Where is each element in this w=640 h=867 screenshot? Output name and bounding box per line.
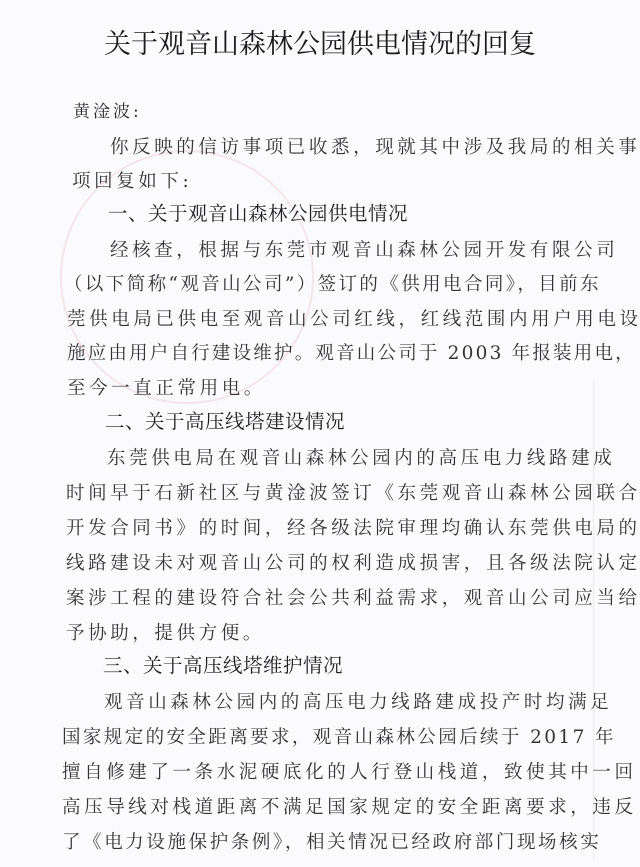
document-page: 关于观音山森林公园供电情况的回复 黄淦波: 你反映的信访事项已收悉，现就其中涉及… (0, 0, 640, 867)
paragraph-line: 施应由用户自行建设维护。观音山公司于 2003 年报装用电， (67, 339, 636, 365)
paragraph-line: 案涉工程的建设符合社会公共利益需求，观音山公司应当给 (66, 584, 640, 610)
paragraph-line: 了《电力设施保护条例》，相关情况已经政府部门现场核实 (62, 828, 601, 854)
paragraph-line: 开发合同书》的时间，经各级法院审理均确认东莞供电局的 (66, 514, 640, 540)
paragraph-line: 东莞供电局在观音山森林公园内的高压电力线路建成 (107, 444, 615, 470)
paragraph-line: 国家规定的安全距离要求，观音山森林公园后续于 2017 年 (62, 723, 616, 749)
intro-line: 项回复如下: (72, 167, 192, 193)
section-heading-1: 一、关于观音山森林公园供电情况 (108, 198, 408, 226)
paragraph-line: 予协助，提供方便。 (66, 619, 265, 645)
document-title: 关于观音山森林公园供电情况的回复 (0, 22, 640, 61)
section-heading-3: 三、关于高压线塔维护情况 (103, 650, 343, 678)
paragraph-line: 经核查，根据与东莞市观音山森林公园开发有限公司 (110, 236, 618, 262)
paragraph-line: 至今一直正常用电。 (67, 374, 266, 400)
salutation: 黄淦波: (73, 97, 142, 122)
paragraph-line: 线路建设未对观音山公司的权利造成损害，且各级法院认定 (66, 549, 640, 575)
paragraph-line: 莞供电局已供电至观音山公司红线，红线范围内用户用电设 (67, 305, 640, 331)
paragraph-line: （以下简称“观音山公司”）签订的《供用电合同》，目前东 (64, 270, 601, 296)
intro-line: 你反映的信访事项已收悉，现就其中涉及我局的相关事 (110, 133, 640, 159)
paragraph-line: 时间早于石新社区与黄淦波签订《东莞观音山森林公园联合 (66, 479, 640, 505)
paragraph-line: 高压导线对栈道距离不满足国家规定的安全距离要求，违反 (62, 793, 637, 819)
paragraph-line: 观音山森林公园内的高压电力线路建成投产时均满足 (104, 688, 612, 714)
section-heading-2: 二、关于高压线塔建设情况 (105, 406, 345, 434)
paragraph-line: 擅自修建了一条水泥硬底化的人行登山栈道，致使其中一回 (62, 758, 637, 784)
